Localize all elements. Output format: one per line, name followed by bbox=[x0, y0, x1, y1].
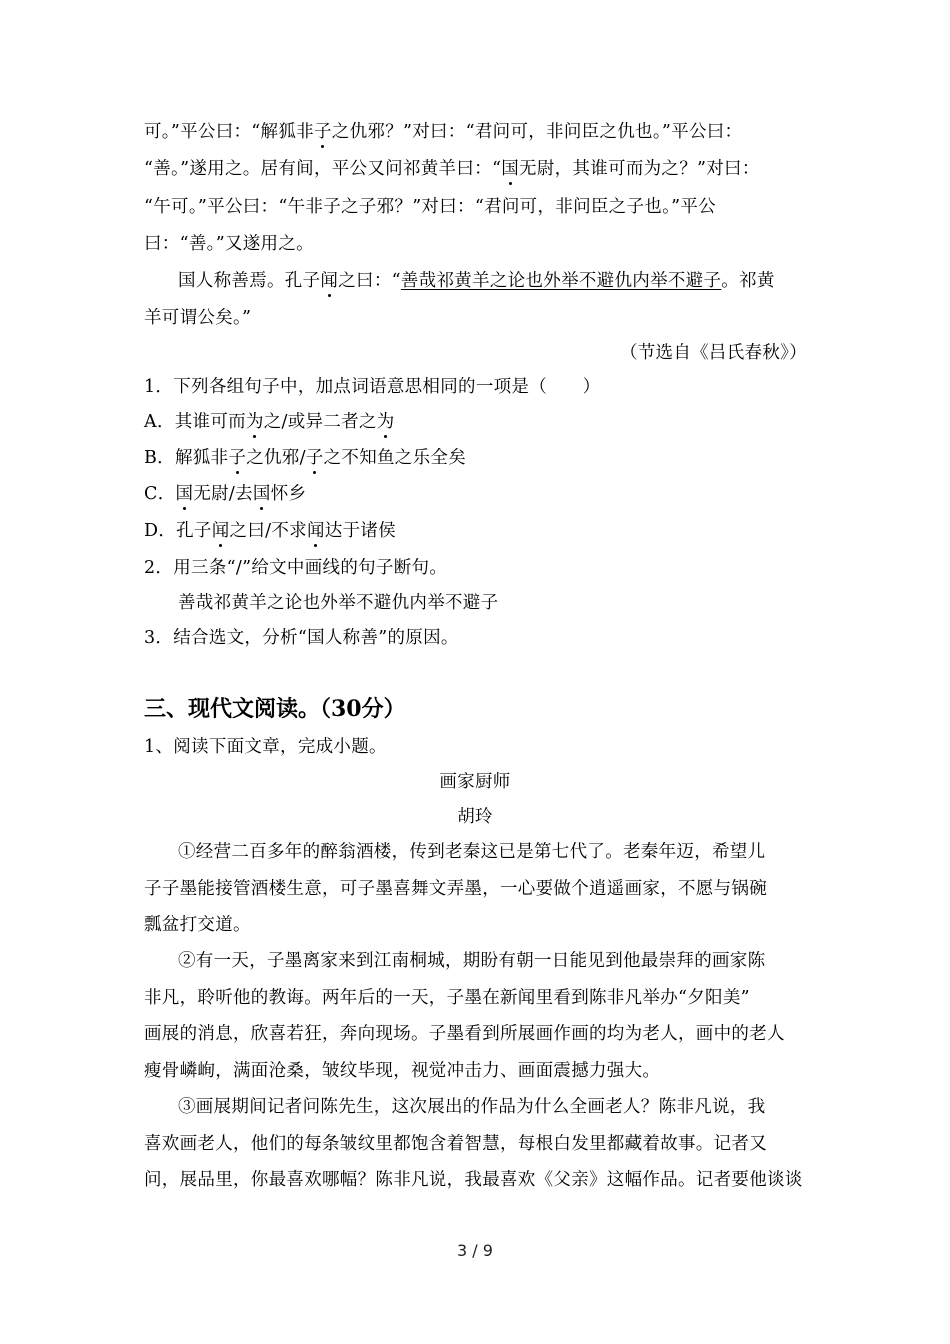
question-1-stem: 1．下列各组句子中，加点词语意思相同的一项是（ ） bbox=[144, 375, 809, 399]
emphasis-dot-char: 国 bbox=[253, 482, 271, 506]
passage-para2-line-2: 羊可谓公矣。” bbox=[144, 306, 809, 330]
text: 之曰：“ bbox=[338, 271, 401, 291]
paragraph-3-line-2: 喜欢画老人，他们的每条皱纹里都饱含着智慧，每根白发里都藏着故事。记者又 bbox=[144, 1132, 809, 1156]
paragraph-1-line-1: ①经营二百多年的醉翁酒楼，传到老秦这已是第七代了。老秦年迈，希望儿 bbox=[178, 840, 809, 864]
text: 之不知鱼之乐全矣 bbox=[324, 448, 466, 468]
text: “善。”遂用之。居有间，平公又问祁黄羊曰：“ bbox=[144, 159, 501, 179]
text: D．孔子 bbox=[144, 521, 212, 541]
text: 。祁黄 bbox=[721, 271, 774, 291]
document-page: 可。”平公曰：“解狐非子之仇邪？”对曰：“君问可，非问臣之仇也。”平公曰： “善… bbox=[0, 0, 950, 1344]
question-1-option-a: A．其谁可而为之/或异二者之为 bbox=[144, 410, 809, 434]
passage-line-2: “善。”遂用之。居有间，平公又问祁黄羊曰：“国无尉，其谁可而为之？”对曰： bbox=[144, 157, 809, 181]
passage-source: （节选自《吕氏春秋》） bbox=[620, 341, 807, 365]
question-2-stem: 2．用三条“/”给文中画线的句子断句。 bbox=[144, 556, 809, 580]
paragraph-2-line-1: ②有一天，子墨离家来到江南桐城，期盼有朝一日能见到他最崇拜的画家陈 bbox=[178, 949, 809, 973]
text: 之仇邪/ bbox=[246, 448, 306, 468]
article-title: 画家厨师 bbox=[0, 770, 950, 794]
question-2-sentence: 善哉祁黄羊之论也外举不避仇内举不避子 bbox=[178, 591, 809, 615]
passage-line-4: 曰：“善。”又遂用之。 bbox=[144, 232, 809, 256]
paragraph-2-line-2: 非凡，聆听他的教诲。两年后的一天，子墨在新闻里看到陈非凡举办“夕阳美” bbox=[144, 986, 809, 1010]
emphasis-dot-char: 国 bbox=[176, 482, 194, 506]
emphasis-dot-char: 子 bbox=[314, 120, 332, 144]
page-indicator: 3 / 9 bbox=[0, 1241, 950, 1260]
question-1-option-b: B．解狐非子之仇邪/子之不知鱼之乐全矣 bbox=[144, 446, 809, 470]
emphasis-dot-char: 为 bbox=[246, 410, 264, 434]
paragraph-1-line-2: 子子墨能接管酒楼生意，可子墨喜舞文弄墨，一心要做个逍遥画家，不愿与锅碗 bbox=[144, 877, 809, 901]
emphasis-dot-char: 为 bbox=[377, 410, 395, 434]
paragraph-3-line-1: ③画展期间记者问陈先生，这次展出的作品为什么全画老人？陈非凡说，我 bbox=[178, 1095, 809, 1119]
text: 无尉，其谁可而为之？”对曰： bbox=[519, 159, 760, 179]
underlined-sentence: 善哉祁黄羊之论也外举不避仇内举不避子 bbox=[401, 271, 721, 291]
text: 之/或异二者之 bbox=[264, 412, 377, 432]
question-1-option-d: D．孔子闻之曰/不求闻达于诸侯 bbox=[144, 519, 809, 543]
question-1-option-c: C．国无尉/去国怀乡 bbox=[144, 482, 809, 506]
text: 达于诸侯 bbox=[325, 521, 396, 541]
text: A．其谁可而 bbox=[144, 412, 246, 432]
paragraph-1-line-3: 瓢盆打交道。 bbox=[144, 913, 809, 937]
paragraph-2-line-3: 画展的消息，欣喜若狂，奔向现场。子墨看到所展画作画的均为老人，画中的老人 bbox=[144, 1022, 809, 1046]
question-3-stem: 3．结合选文，分析“国人称善”的原因。 bbox=[144, 626, 809, 650]
paragraph-2-line-4: 瘦骨嶙峋，满面沧桑，皱纹毕现，视觉冲击力、画面震撼力强大。 bbox=[144, 1059, 809, 1083]
passage-para2-line-1: 国人称善焉。孔子闻之曰：“善哉祁黄羊之论也外举不避仇内举不避子。祁黄 bbox=[178, 269, 809, 293]
text: 无尉/去 bbox=[193, 484, 253, 504]
emphasis-dot-char: 国 bbox=[501, 157, 519, 181]
section-instruction: 1、阅读下面文章，完成小题。 bbox=[144, 735, 809, 759]
text: 怀乡 bbox=[271, 484, 307, 504]
text: 可。”平公曰：“解狐非 bbox=[144, 122, 314, 142]
article-author: 胡玲 bbox=[0, 805, 950, 829]
emphasis-dot-char: 闻 bbox=[320, 269, 338, 293]
passage-line-3: “午可。”平公曰：“午非子之子邪？”对曰：“君问可，非问臣之子也。”平公 bbox=[144, 195, 809, 219]
text: B．解狐非 bbox=[144, 448, 228, 468]
section-heading: 三、现代文阅读。（30分） bbox=[144, 694, 406, 724]
text: C． bbox=[144, 484, 176, 504]
text: 之曰/不求 bbox=[230, 521, 307, 541]
text: 之仇邪？”对曰：“君问可，非问臣之仇也。”平公曰： bbox=[332, 122, 743, 142]
emphasis-dot-char: 子 bbox=[228, 446, 246, 470]
text: 国人称善焉。孔子 bbox=[178, 271, 320, 291]
emphasis-dot-char: 闻 bbox=[212, 519, 230, 543]
emphasis-dot-char: 子 bbox=[306, 446, 324, 470]
paragraph-3-line-3: 问，展品里，你最喜欢哪幅？陈非凡说，我最喜欢《父亲》这幅作品。记者要他谈谈 bbox=[144, 1168, 809, 1192]
passage-line-1: 可。”平公曰：“解狐非子之仇邪？”对曰：“君问可，非问臣之仇也。”平公曰： bbox=[144, 120, 809, 144]
emphasis-dot-char: 闻 bbox=[307, 519, 325, 543]
